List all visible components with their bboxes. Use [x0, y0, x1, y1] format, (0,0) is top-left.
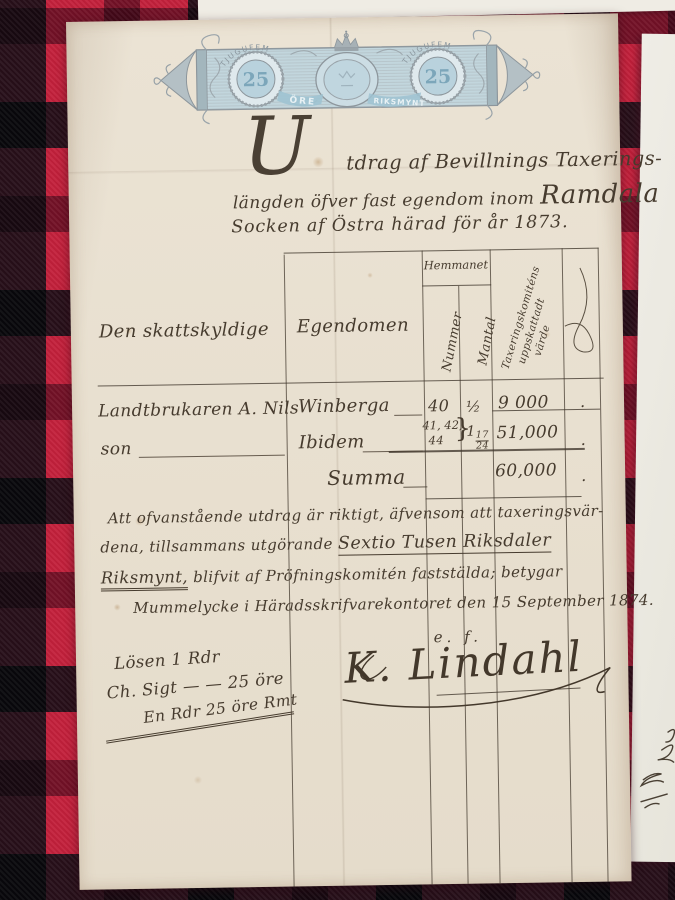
summa-label: Summa — [327, 465, 406, 490]
title-initial: U — [242, 106, 311, 187]
header-flourish — [540, 264, 602, 375]
tax-extract-document: 25 25 TJUGUFEM TJUGUFEM — [66, 13, 632, 890]
handwriting-scribble-icon — [637, 724, 675, 815]
header-number: Nummer — [440, 311, 466, 373]
certification-line3: Riksmynt, blifvit af Pröfningskomitén fa… — [101, 561, 563, 587]
amount-in-words: Sextio Tusen Riksdaler — [338, 530, 551, 555]
title-line3: Socken af Östra härad för år 1873. — [231, 212, 568, 237]
header-bottom-border — [98, 378, 604, 387]
row1-number: 40 — [428, 396, 449, 415]
certification-line1: Att ofvanstående utdrag är riktigt, äfve… — [108, 502, 604, 528]
row1-property: Winberga — [298, 395, 390, 417]
row2-value: 51,000 — [496, 422, 558, 443]
fee-line1: Lösen 1 Rdr — [114, 647, 221, 673]
header-property: Egendomen — [297, 315, 410, 338]
certification-line2-prefix: dena, tillsammans utgörande — [100, 535, 338, 557]
row1-taxpayer: Landtbrukaren A. Nils — [98, 398, 299, 421]
taxpayer-tail-line — [139, 455, 285, 458]
signature-flourish — [328, 629, 625, 720]
certification-line3-rest: blifvit af Pröfningskomitén faststälda; … — [188, 562, 563, 586]
hemmanet-underline — [422, 284, 491, 286]
certification-line4: Mummelycke i Häradsskrifvarekontoret den… — [133, 591, 654, 617]
amount-in-words-cont: Riksmynt, — [101, 567, 189, 591]
stamp-value-left: 25 — [243, 69, 270, 91]
row1-taxpayer-cont: son — [101, 439, 132, 459]
title-line2-prefix: längden öfver fast egendom inom — [233, 189, 541, 214]
revenue-stamp-banner: 25 25 TJUGUFEM TJUGUFEM — [150, 25, 544, 131]
property-tail-line — [394, 414, 422, 416]
row1-value: 9 000 — [498, 392, 549, 413]
header-mantal: Mantal — [475, 316, 499, 367]
table-column-line — [458, 286, 469, 884]
header-taxpayer: Den skattskyldige — [99, 319, 269, 343]
title-place-name: Ramdala — [540, 179, 660, 211]
row1-dot: . — [580, 392, 586, 411]
photo-scene: 25 25 TJUGUFEM TJUGUFEM — [0, 0, 675, 900]
table-top-border — [284, 248, 599, 254]
row2-mantal-whole: 1 — [466, 424, 476, 440]
summa-dot: . — [581, 466, 587, 485]
stamp-value-right: 25 — [425, 66, 452, 88]
row2-mantal-frac-num: 17 — [476, 430, 489, 440]
crown-icon — [334, 30, 358, 51]
header-homestead: Hemmanet — [422, 257, 490, 272]
certification-line2: dena, tillsammans utgörande Sextio Tusen… — [100, 530, 551, 557]
row2-property: Ibidem — [298, 431, 364, 453]
summa-value: 60,000 — [495, 460, 557, 481]
title-line1: tdrag af Bevillnings Taxerings- — [346, 147, 662, 175]
row2-numbers-2: 44 — [429, 433, 445, 447]
summa-separator — [426, 496, 582, 500]
summa-tail-line — [403, 486, 427, 488]
row2-dot: . — [580, 430, 586, 449]
row2-mantal-frac-den: 24 — [476, 440, 489, 451]
title-line2: längden öfver fast egendom inom Ramdala — [233, 179, 660, 216]
row2-mantal: 11724 — [466, 423, 489, 451]
